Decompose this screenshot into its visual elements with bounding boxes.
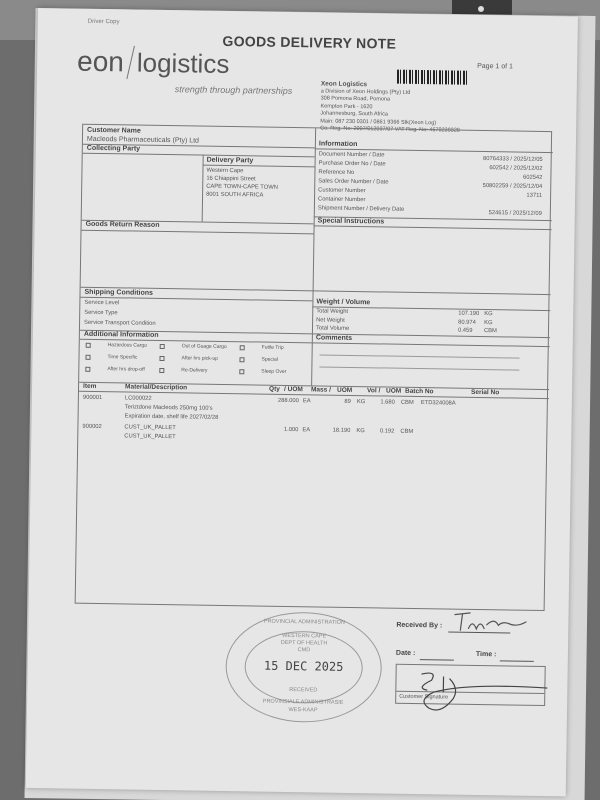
info-value: 524615 / 2025/12/09 [489, 210, 542, 217]
weight-volume-value: 107.190 [458, 311, 479, 317]
logo-divider [126, 46, 135, 79]
received-by-signature [450, 611, 530, 634]
info-label: Customer Number [318, 187, 365, 194]
info-label: Container Number [318, 196, 365, 203]
checkbox[interactable] [239, 369, 244, 374]
shipping-conditions-header: Shipping Conditions [84, 289, 153, 297]
cell-mass-uom: KG [356, 428, 364, 434]
option-label: Time Specific [107, 354, 137, 360]
weight-volume-unit: KG [484, 320, 492, 326]
table-column-header: UOM [386, 388, 401, 395]
cell-vol: 0.192 [380, 428, 395, 434]
cell-qty-uom: EA [302, 427, 310, 433]
checkbox[interactable] [239, 357, 244, 362]
company-logo: eonlogistics strength through partnershi… [77, 45, 230, 81]
delivery-party-header: Delivery Party [207, 157, 254, 165]
stamp-text: RECEIVED [226, 686, 380, 694]
customer-signature [407, 668, 558, 720]
option-label: After hrs drop-off [107, 366, 145, 373]
checkbox[interactable] [86, 343, 91, 348]
table-column-header: Vol / [367, 387, 380, 394]
cell-material: CUST_UK_PALLET [124, 424, 176, 431]
option-label: Hazardous Cargo [108, 342, 147, 349]
cell-description: CUST_UK_PALLET [124, 433, 176, 440]
delivery-party-line: 16 Chiappini Street [206, 176, 255, 183]
received-stamp: PROVINCIAL ADMINISTRATION WESTERN CAPE D… [225, 611, 383, 723]
cell-mass: 89 [344, 399, 351, 405]
items-table-header: ItemMaterial/DescriptionQty/ UOMMass /UO… [83, 125, 551, 132]
info-label: Reference No [318, 169, 354, 176]
weight-volume-label: Net Weight [316, 317, 345, 323]
option-label: Out of Guage Cargo [182, 343, 227, 350]
checkbox[interactable] [85, 367, 90, 372]
additional-options: Hazardous CargoOut of Guage CargoFutile … [83, 125, 551, 132]
received-by-label: Received By : [396, 622, 442, 630]
info-value: 13711 [526, 193, 542, 199]
cell-description: Teriztdone Macleods 250mg 100's [125, 404, 213, 411]
logo-tagline: strength through partnerships [175, 84, 293, 96]
cell-description: Expiration date, shelf life 2027/02/28 [125, 413, 219, 420]
info-value: 50802259 / 2025/12/04 [483, 183, 543, 190]
info-value: 602542 [523, 175, 542, 181]
checkbox[interactable] [160, 344, 165, 349]
document-title: GOODS DELIVERY NOTE [222, 33, 396, 52]
page-indicator: Page 1 of 1 [477, 63, 513, 71]
checkbox[interactable] [240, 345, 245, 350]
cell-item: 900002 [82, 424, 101, 430]
weight-volume-value: 0.459 [458, 328, 473, 334]
checkbox[interactable] [159, 368, 164, 373]
option-label: Futile Trip [262, 345, 284, 351]
additional-info-header: Additional Information [84, 331, 159, 339]
information-rows: Document Number / Date80764333 / 2025/12… [83, 125, 551, 132]
stamp-date: 15 DEC 2025 [227, 658, 381, 674]
delivery-party-line: CAPE TOWN-CAPE TOWN [206, 184, 278, 191]
form-grid: Customer Name Macleods Pharmaceuticals (… [75, 124, 552, 611]
service-transport-label: Service Transport Condition [84, 320, 156, 327]
cell-vol-uom: CBM [401, 400, 414, 406]
option-label: Sleep Over [261, 369, 286, 375]
cell-qty: 1.000 [284, 427, 299, 433]
stamp-text: PROVINSIALE ADMINISTRASIE [226, 698, 380, 706]
table-column-header: UOM [337, 387, 352, 394]
cell-material: LC000022 [125, 395, 152, 401]
table-column-header: Batch No [405, 388, 434, 395]
cell-mass-uom: KG [357, 399, 365, 405]
info-label: Purchase Order No / Date [319, 160, 386, 167]
info-label: Sales Order Number / Date [318, 178, 388, 185]
weight-volume-value: 80.974 [458, 319, 476, 325]
special-instructions-header: Special Instructions [318, 217, 385, 225]
weight-volume-unit: KG [484, 311, 492, 317]
cell-item: 900001 [83, 395, 102, 401]
delivery-party-line: 8001 SOUTH AFRICA [206, 192, 263, 199]
information-header: Information [319, 140, 358, 148]
items-table-body: 900001LC000022288.000EA89KG1.680CBMETD32… [83, 125, 551, 132]
table-column-header: Material/Description [125, 383, 187, 391]
info-label: Document Number / Date [319, 151, 385, 158]
option-label: Re-Delivery [181, 367, 207, 373]
option-label: After hrs pick-up [181, 355, 217, 362]
goods-return-header: Goods Return Reason [86, 221, 160, 229]
delivery-party-line: Western Cape [206, 168, 243, 175]
option-label: Special [261, 357, 277, 363]
info-label: Shipment Number / Delivery Date [318, 205, 404, 212]
customer-name-header: Customer Name [87, 127, 141, 135]
table-column-header: Item [83, 383, 96, 390]
delivery-note-page: Driver Copy GOODS DELIVERY NOTE Page 1 o… [26, 8, 578, 796]
comments-header: Comments [316, 334, 352, 342]
stamp-text: WES-KAAP [226, 706, 380, 714]
table-column-header: Mass / [311, 386, 331, 393]
checkbox[interactable] [159, 356, 164, 361]
time-label: Time : [476, 651, 497, 658]
weight-volume-unit: CBM [484, 328, 497, 334]
weight-volume-header: Weight / Volume [316, 298, 370, 306]
cell-batch: ETD324008A [421, 400, 456, 407]
collecting-party-header: Collecting Party [87, 145, 140, 153]
table-column-header: / UOM [284, 386, 303, 393]
logo-eon: eon [77, 46, 124, 79]
cell-vol: 1.680 [380, 399, 395, 405]
service-level-label: Service Level [84, 300, 119, 307]
info-value: 602542 / 2025/12/02 [489, 165, 542, 172]
weight-volume-label: Total Weight [316, 308, 348, 314]
cell-qty: 288.000 [278, 398, 299, 404]
table-column-header: Serial No [471, 389, 499, 396]
date-label: Date : [396, 650, 416, 657]
cell-qty-uom: EA [303, 398, 311, 404]
table-column-header: Qty [269, 386, 280, 393]
info-value: 80764333 / 2025/12/05 [483, 156, 543, 163]
weight-volume-rows: Total Weight107.190KGNet Weight80.974KGT… [83, 125, 551, 132]
service-type-label: Service Type [84, 310, 117, 317]
stamp-text: PROVINCIAL ADMINISTRATION [227, 618, 381, 626]
cell-mass: 18.190 [333, 428, 351, 434]
weight-volume-label: Total Volume [316, 325, 349, 332]
copy-label: Driver Copy [88, 19, 120, 25]
cell-vol-uom: CBM [400, 429, 413, 435]
checkbox[interactable] [85, 355, 90, 360]
logo-logistics: logistics [137, 48, 230, 80]
